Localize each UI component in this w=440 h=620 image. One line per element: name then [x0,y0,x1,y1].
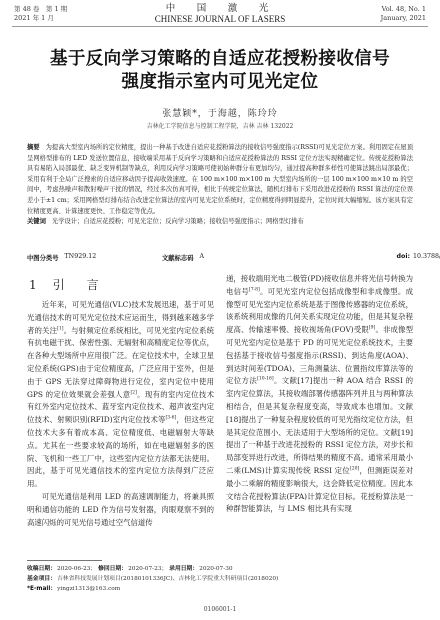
journal-header: 第 48 卷 第 1 期 2021 年 1 月 中 国 激 光 CHINESE … [12,2,428,27]
text-run: 。与射频定位系统相比，可见光室内定位系统有抗电磁干扰、保密性强、无辐射和高精度定… [27,326,214,399]
revised-date: 2020-07-23； [128,566,167,572]
date-en: January, 2021 [381,14,426,23]
footnote-divider [27,560,102,561]
email-link[interactable]: yingzi1313@163.com [57,586,120,592]
left-column: 1引言 近年来，可见光通信(VLC)技术发展迅速，基于可见光通信技术的可见光定位… [27,275,214,529]
classification-line: 中图分类号TN929.12 文献标志码A doi:10.3788/CJL2021… [27,253,413,263]
affiliation: 吉林化工学院信息与控制工程学院，吉林 吉林 132022 [0,121,440,130]
paper-title: 基于反向学习策略的自适应花授粉接收信号 强度指示室内可见光定位 [0,48,440,94]
header-right: Vol. 48, No. 1 January, 2021 [381,5,426,23]
text-run: ，但这些定位技术大多有着成本高、定位精度低、电磁辐射大等缺点。尤其在一些要求较高… [27,415,214,488]
fund-text: 吉林省科技发展计划项目(20180101336JC)、吉林化工学院重大科研项目(… [57,576,278,582]
section-heading: 1引言 [29,275,214,299]
abstract: 摘要为提高大型室内场所的定位精度，提出一种基于改进自适应花授粉算法的接收信号强度… [27,143,413,217]
citation[interactable]: [10-16] [257,377,273,382]
doi-label: doi: [396,253,410,260]
received-date: 2020-06-23； [57,566,96,572]
doi-value[interactable]: 10.3788/CJL202148.0106001 [413,253,440,260]
intro-paragraph-2-continued: 递，接收端用光电二极管(PD)接收信息并将光信号转换为电信号[7-8]。可见光室… [226,273,413,516]
doi: doi:10.3788/CJL202148.0106001 [396,253,413,260]
citation[interactable]: [3-6] [166,416,177,421]
revised-label: 修回日期： [98,566,127,572]
footnotes: 收稿日期：2020-06-23； 修回日期：2020-07-23； 录用日期：2… [27,564,420,594]
title-line-2: 强度指示室内可见光定位 [0,71,440,94]
volume-en: Vol. 48, No. 1 [381,5,426,14]
fund-label: 基金项目： [27,576,56,582]
accepted-date: 2020-07-30 [199,566,232,572]
header-center: 中 国 激 光 CHINESE JOURNAL OF LASERS [12,3,428,25]
doc-code: 文献标志码A [162,253,199,262]
keywords: 关键词光学设计；自适应花授粉；可见光定位；反向学习策略；接收信号强度指示；网格型… [27,217,413,228]
clc-value: TN929.12 [64,253,96,260]
paper-page: 第 48 卷 第 1 期 2021 年 1 月 中 国 激 光 CHINESE … [0,0,440,620]
abstract-label: 摘要 [27,144,40,151]
clc-label: 中图分类号 [27,255,58,262]
intro-paragraph-2: 可见光通信是利用 LED 的高速调制能力，将兼具照明和通信功能的 LED 作为信… [27,491,214,529]
fund-line: 基金项目：吉林省科技发展计划项目(20180101336JC)、吉林化工学院重大… [27,574,420,584]
intro-paragraph-1: 近年来，可见光通信(VLC)技术发展迅速，基于可见光通信技术的可见光定位技术应运… [27,299,214,491]
journal-name-cn: 中 国 激 光 [12,3,428,14]
email-label: *E-mail： [27,586,56,592]
accepted-label: 录用日期： [169,566,198,572]
keywords-text: 光学设计；自适应花授粉；可见光定位；反向学习策略；接收信号强度指示；网格型灯排布 [52,218,304,225]
received-label: 收稿日期： [27,566,56,572]
title-line-1: 基于反向学习策略的自适应花授粉接收信号 [0,48,440,71]
page-number: 0106001-1 [0,606,440,613]
dates-line: 收稿日期：2020-06-23； 修回日期：2020-07-23； 录用日期：2… [27,564,420,574]
doc-code-value: A [199,253,204,260]
section-title: 引言 [53,278,121,292]
citation[interactable]: [7-8] [249,287,260,292]
section-number: 1 [29,278,39,292]
clc-code: 中图分类号TN929.12 [27,253,64,262]
right-column: 递，接收端用光电二极管(PD)接收信息并将光信号转换为电信号[7-8]。可见光室… [226,273,413,516]
abstract-block: 摘要为提高大型室内场所的定位精度，提出一种基于改进自适应花授粉算法的接收信号强度… [27,143,413,228]
text-run: 。文献[17]提出一种 AOA 结合 RSSI 的室内定位算法，其接收端部署传感… [226,376,413,475]
doc-code-label: 文献标志码 [162,255,193,262]
citation[interactable]: [20] [350,466,359,471]
journal-name-en: CHINESE JOURNAL OF LASERS [12,14,428,25]
keywords-label: 关键词 [27,218,46,225]
authors: 张慧颖*，于海越，陈玲玲 [0,106,440,119]
abstract-text: 为提高大型室内场所的定位精度，提出一种基于改进自适应花授粉算法的接收信号强度指示… [27,144,413,215]
email-line: *E-mail：yingzi1313@163.com [27,584,420,594]
